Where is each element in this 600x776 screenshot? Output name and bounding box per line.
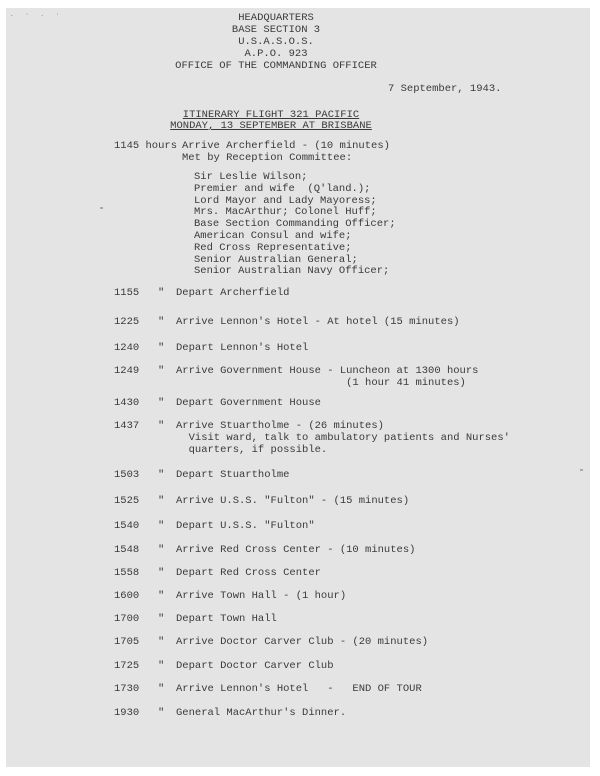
document-date: 7 September, 1943. [388,83,501,95]
entry-description: Arrive Lennon's Hotel - END OF TOUR [176,683,422,695]
entry-time: 1725 [114,660,139,672]
entry-time: 1730 [114,683,139,695]
first-entry-text: Arrive Archerfield - (10 minutes) [182,140,390,152]
entry-time: 1437 [114,420,139,432]
letterhead-line-3: U.S.A.S.O.S. [6,36,546,48]
entry-description: Arrive U.S.S. "Fulton" - (15 minutes) [176,495,409,507]
entry-time: 1225 [114,316,139,328]
ditto-mark: " [158,707,164,719]
entry-time: 1240 [114,342,139,354]
entry-time: 1249 [114,365,139,377]
committee-member: Senior Australian Navy Officer; [194,266,396,278]
ditto-mark: " [158,683,164,695]
committee-member: Red Cross Representative; [194,243,396,255]
entry-description: Arrive Stuartholme - (26 minutes) Visit … [176,420,510,456]
ditto-mark: " [158,420,164,432]
entry-time: 1700 [114,613,139,625]
scan-mark [100,207,103,209]
entry-description: Depart Red Cross Center [176,567,321,579]
entry-description: Arrive Doctor Carver Club - (20 minutes) [176,636,428,648]
entry-description: Depart U.S.S. "Fulton" [176,520,315,532]
letterhead-line-4: A.P.O. 923 [6,48,546,60]
ditto-mark: " [158,636,164,648]
entry-time: 1540 [114,520,139,532]
ditto-mark: " [158,590,164,602]
entry-time: 1155 [114,287,139,299]
entry-time: 1705 [114,636,139,648]
entry-time: 1600 [114,590,139,602]
ditto-mark: " [158,544,164,556]
entry-description: Depart Town Hall [176,613,277,625]
itinerary-subtitle: MONDAY, 13 SEPTEMBER AT BRISBANE [6,120,536,132]
ditto-mark: " [158,287,164,299]
ditto-mark: " [158,365,164,377]
letterhead-line-5: OFFICE OF THE COMMANDING OFFICER [6,60,546,72]
ditto-mark: " [158,520,164,532]
ditto-mark: " [158,613,164,625]
ditto-mark: " [158,342,164,354]
entry-time: 1430 [114,397,139,409]
entry-description: Depart Doctor Carver Club [176,660,334,672]
entry-time: 1548 [114,544,139,556]
scanned-page: . · . · HEADQUARTERS BASE SECTION 3 U.S.… [6,8,590,767]
scan-mark [580,469,583,471]
first-entry-time: 1145 hours [114,140,177,152]
ditto-mark: " [158,316,164,328]
entry-description: Depart Stuartholme [176,469,289,481]
entry-description: Arrive Town Hall - (1 hour) [176,590,346,602]
ditto-mark: " [158,660,164,672]
entry-description: Arrive Government House - Luncheon at 13… [176,365,478,389]
letterhead-line-2: BASE SECTION 3 [6,24,546,36]
entry-description: Depart Archerfield [176,287,289,299]
entry-time: 1525 [114,495,139,507]
reception-committee-list: Sir Leslie Wilson;Premier and wife (Q'la… [194,172,396,278]
entry-description: Arrive Red Cross Center - (10 minutes) [176,544,415,556]
ditto-mark: " [158,567,164,579]
entry-description: Depart Lennon's Hotel [176,342,308,354]
committee-member: Premier and wife (Q'land.); [194,184,396,196]
entry-time: 1930 [114,707,139,719]
committee-member: American Consul and wife; [194,231,396,243]
entry-time: 1558 [114,567,139,579]
letterhead-line-1: HEADQUARTERS [6,12,546,24]
ditto-mark: " [158,397,164,409]
entry-description: Depart Government House [176,397,321,409]
ditto-mark: " [158,495,164,507]
ditto-mark: " [158,469,164,481]
first-entry-subtext: Met by Reception Committee: [182,152,352,164]
entry-time: 1503 [114,469,139,481]
entry-description: General MacArthur's Dinner. [176,707,346,719]
entry-description: Arrive Lennon's Hotel - At hotel (15 min… [176,316,460,328]
